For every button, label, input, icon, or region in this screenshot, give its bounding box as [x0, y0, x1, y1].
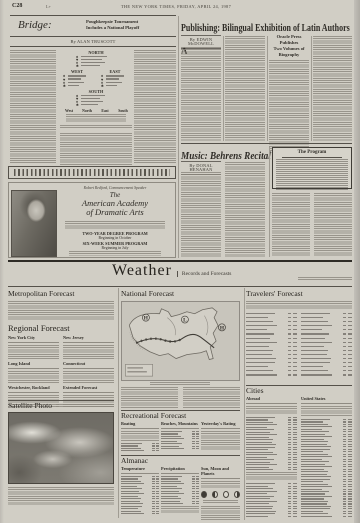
regional-item: New York City [8, 336, 59, 359]
regional-item-title: New Jersey [63, 336, 114, 343]
satellite-photo-title: Satellite Photo [8, 402, 52, 410]
national-forecast-title: National Forecast [121, 290, 174, 298]
ad-body-text [65, 221, 165, 229]
regional-item: Long Island [8, 362, 59, 383]
publishing-headline-text: Publishing: Bilingual Exhibition of Lati… [181, 23, 350, 34]
us-weather-map-graphic: H L H [122, 302, 239, 380]
program-box-text [276, 159, 348, 190]
regional-item: New Jersey [63, 336, 114, 359]
mini-table [161, 431, 199, 449]
program-box-title: The Program [273, 148, 351, 155]
bidding-header-north: North [78, 109, 96, 113]
cities-us-col: United States [301, 397, 352, 518]
bridge-north-hand: ♠♥♦♣ [76, 55, 132, 67]
text-block [63, 345, 114, 359]
divider [181, 143, 352, 144]
column-rule [311, 36, 312, 141]
text-block [246, 406, 297, 415]
bridge-header: Bridge: Poughkeepsie Tournament Includes… [10, 16, 176, 36]
text-block [181, 47, 221, 141]
moon-phase-full-icon [223, 491, 229, 498]
moon-phase-row [201, 491, 240, 498]
newspaper-page-scan: { "page": { "number": "C28", "edition": … [0, 0, 360, 523]
column-rule [178, 16, 179, 258]
bridge-text-column-left [10, 50, 56, 163]
mini-table [121, 443, 159, 452]
column-rule [267, 36, 268, 141]
program-box: The Program [272, 147, 352, 189]
ad-school-line3: of Dramatic Arts [57, 208, 173, 217]
text-block [63, 371, 114, 383]
regional-item-title: New York City [8, 336, 59, 343]
recreational-forecast-columns: Boating Beaches, Mountains Yesterday's R… [121, 422, 240, 453]
almanac-col-temperature: Temperature [121, 467, 159, 520]
bridge-west-hand: ♠♥♦♣ [63, 74, 94, 86]
moon-phase-new-icon [201, 491, 207, 498]
bridge-east-hand-block: EAST ♠♥♦♣ [98, 69, 132, 86]
ad-credit-line: Robert Redford, Commencement Speaker [57, 186, 173, 190]
column-rule [223, 36, 224, 141]
regional-item: Connecticut [63, 362, 114, 383]
text-block [201, 431, 240, 451]
text-block [8, 371, 59, 383]
regional-forecast-title: Regional Forecast [8, 324, 70, 333]
bridge-west-east-row: WEST ♠♥♦♣ EAST ♠♥♦♣ [60, 69, 132, 86]
travelers-city-list-col2 [301, 313, 352, 379]
cities-us-title: United States [301, 397, 352, 404]
bridge-bidding-header: West North East South [60, 109, 132, 113]
almanac-col-title: Sun, Moon and Planets [201, 467, 240, 479]
ad-portrait-photo [11, 190, 57, 257]
recreational-col: Yesterday's Rating [201, 422, 240, 453]
divider [8, 286, 352, 287]
almanac-col-title: Precipitation [161, 467, 199, 474]
text-block [161, 506, 199, 513]
regional-item-title: Extended Forecast [63, 386, 114, 393]
weather-note [298, 277, 352, 280]
bridge-text-continues [60, 133, 132, 167]
column-rule [244, 288, 245, 520]
lead-note [60, 125, 132, 129]
travelers-city-list-col1 [246, 313, 297, 379]
text-block [121, 431, 159, 441]
banner-ad-ornate-text [14, 169, 170, 176]
publishing-subhead: Oracle Press Publishes Two Volumes of Bi… [269, 34, 309, 58]
subhead-line1: Oracle Press Publishes [269, 34, 309, 46]
recreational-col-title: Yesterday's Rating [201, 422, 240, 429]
weather-subtitle: Records and Forecasts [177, 271, 232, 277]
cities-abroad-col: Abroad [246, 397, 297, 518]
almanac-col-sun-moon: Sun, Moon and Planets [201, 467, 240, 520]
publishing-col1: A [181, 47, 221, 141]
regional-item-title: Connecticut [63, 362, 114, 369]
text-block [269, 60, 309, 153]
recreational-col: Boating [121, 422, 159, 453]
text-block [301, 406, 352, 417]
bridge-byline: By ALAN TRUSCOTT [10, 40, 176, 44]
cities-title: Cities [246, 387, 264, 395]
ad-program1: TWO-YEAR DEGREE PROGRAM Beginning in Oct… [57, 231, 173, 240]
bidding-header-south: South [114, 109, 132, 113]
satellite-photo-caption [8, 487, 114, 505]
ad-program1-start: Beginning in October [57, 236, 173, 240]
ad-address-text [69, 251, 161, 256]
recreational-col: Beaches, Mountains [161, 422, 199, 453]
bridge-hand-diagram: NORTH ♠♥♦♣ WEST ♠♥♦♣ EAST ♠♥♦♣ SOUTH ♠♥♦… [60, 50, 132, 163]
metropolitan-forecast-text [8, 301, 114, 321]
bridge-west-hand-block: WEST ♠♥♦♣ [60, 69, 94, 86]
text-block [8, 345, 59, 359]
text-block [246, 472, 297, 481]
music-col2 [225, 162, 265, 257]
publishing-col3: Oracle Press Publishes Two Volumes of Bi… [269, 34, 309, 141]
scan-left-edge [0, 0, 4, 523]
weather-header: Weather Records and Forecasts [112, 263, 231, 279]
satellite-caption-inline [56, 404, 114, 407]
map-caption [150, 382, 210, 385]
bridge-subtitle-line2: Includes a National Playoff [86, 25, 139, 31]
metropolitan-forecast-title: Metropolitan Forecast [8, 290, 74, 298]
satellite-photo [8, 412, 114, 484]
banner-ad [8, 166, 176, 179]
bidding-rows [66, 114, 126, 123]
subhead-line2: Two Volumes of Biography [269, 46, 309, 58]
map-high-symbol-2: H [220, 325, 225, 331]
national-forecast-text-col2 [183, 387, 240, 408]
ad-program2: SIX-WEEK SUMMER PROGRAM Beginning in Jul… [57, 241, 173, 250]
column-rule [118, 288, 119, 518]
recreational-col-title: Boating [121, 422, 159, 429]
almanac-col-title: Temperature [121, 467, 159, 474]
regional-item-title: Westchester, Rockland [8, 386, 59, 393]
regional-item-title: Long Island [8, 362, 59, 369]
ad-school-name: The American Academy of Dramatic Arts [57, 192, 173, 217]
publishing-col4 [313, 36, 352, 141]
weather-title: Weather [112, 263, 172, 279]
recreational-col-title: Beaches, Mountains [161, 422, 199, 429]
bridge-text-column-right [134, 50, 176, 163]
travelers-intro-text [246, 301, 352, 310]
moon-phase-first-quarter-icon [212, 491, 218, 498]
music-col1 [181, 172, 221, 257]
academy-ad: Robert Redford, Commencement Speaker The… [8, 182, 176, 258]
publishing-col2 [225, 36, 265, 141]
recreational-forecast-title: Recreational Forecast [121, 412, 186, 420]
cities-abroad-table-2 [246, 483, 297, 516]
cities-abroad-table [246, 417, 297, 470]
music-col4 [314, 193, 352, 257]
bridge-south-hand: ♠♥♦♣ [76, 94, 132, 106]
bridge-east-hand: ♠♥♦♣ [101, 74, 132, 86]
mini-table [121, 476, 159, 514]
divider [10, 46, 176, 47]
scan-right-edge [354, 0, 360, 523]
national-forecast-text-col1 [121, 387, 178, 408]
bridge-subtitle: Poughkeepsie Tournament Includes a Natio… [86, 19, 139, 31]
almanac-title: Almanac [121, 457, 148, 465]
divider [10, 36, 176, 37]
mini-table [161, 476, 199, 504]
cities-abroad-title: Abroad [246, 397, 297, 404]
travelers-forecast-title: Travelers' Forecast [246, 290, 303, 298]
moon-phase-last-quarter-icon [234, 491, 240, 498]
bidding-header-west: West [60, 109, 78, 113]
weather-top-rule [8, 260, 352, 262]
almanac-columns: Temperature Precipitation Sun, Moon and … [121, 467, 240, 520]
bridge-title: Bridge: [18, 19, 52, 31]
ad-program2-start: Beginning in July [57, 246, 173, 250]
almanac-col-precipitation: Precipitation [161, 467, 199, 520]
national-weather-map: H L H [121, 301, 240, 381]
music-col3 [272, 193, 310, 257]
regional-forecast-grid: New York City New Jersey Long Island Con… [8, 336, 114, 407]
bidding-header-east: East [96, 109, 114, 113]
map-low-symbol: L [183, 318, 187, 324]
moon-phase-labels [203, 500, 238, 503]
masthead-dateline: THE NEW YORK TIMES, FRIDAY, APRIL 24, 19… [0, 4, 352, 9]
text-block [201, 506, 240, 520]
column-rule [269, 147, 270, 257]
satellite-header: Satellite Photo [8, 402, 114, 410]
divider [282, 157, 342, 158]
cities-us-table [301, 419, 352, 517]
text-block [201, 481, 240, 488]
